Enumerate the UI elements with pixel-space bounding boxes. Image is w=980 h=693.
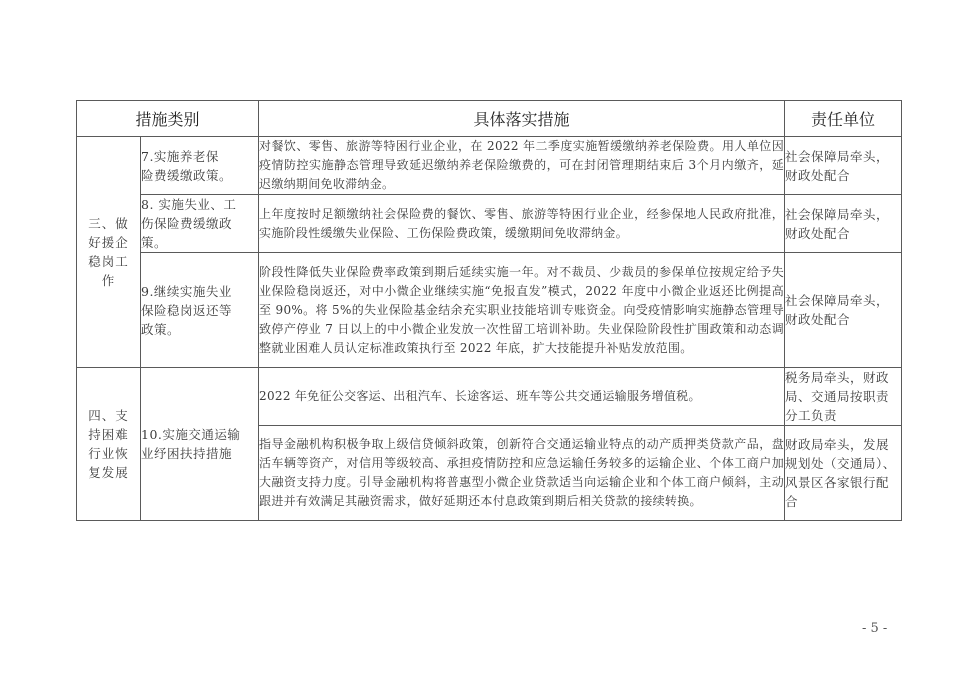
category-cell: 三、做 好援企 稳岗工 作 xyxy=(77,137,141,368)
category-line: 好援企 xyxy=(77,233,140,252)
measure-line: 9.继续实施失业 xyxy=(141,282,258,301)
responsible-unit-cell: 社会保障局牵头，财政处配合 xyxy=(785,137,902,195)
responsible-unit-cell: 社会保障局牵头，财政处配合 xyxy=(785,195,902,253)
measure-line: 7.实施养老保 xyxy=(141,147,258,166)
document-page: 措施类别 具体落实措施 责任单位 三、做 好援企 稳岗工 作 7.实施养老保 险… xyxy=(0,0,980,693)
detail-cell: 指导金融机构积极争取上级信贷倾斜政策，创新符合交通运输业特点的动产质押类贷款产品… xyxy=(259,426,785,521)
responsible-unit-cell: 社会保障局牵头，财政处配合 xyxy=(785,253,902,368)
responsible-unit-cell: 财政局牵头，发展规划处（交通局）、风景区各家银行配合 xyxy=(785,426,902,521)
table-header-row: 措施类别 具体落实措施 责任单位 xyxy=(77,101,902,137)
measure-line: 10.实施交通运输 xyxy=(141,425,258,444)
header-responsible-unit: 责任单位 xyxy=(785,101,902,137)
measure-line: 策。 xyxy=(141,233,258,252)
measure-line: 8. 实施失业、工 xyxy=(141,195,258,214)
category-line: 持困难 xyxy=(77,425,140,444)
measure-cell: 10.实施交通运输 业纾困扶持措施 xyxy=(141,368,259,521)
detail-cell: 上年度按时足额缴纳社会保险费的餐饮、零售、旅游等特困行业企业，经参保地人民政府批… xyxy=(259,195,785,253)
category-line: 稳岗工 xyxy=(77,252,140,271)
category-line: 三、做 xyxy=(77,214,140,233)
responsible-unit-cell: 税务局牵头，财政局、交通局按职责分工负责 xyxy=(785,368,902,426)
measure-line: 险费缓缴政策。 xyxy=(141,166,258,185)
table-row: 三、做 好援企 稳岗工 作 7.实施养老保 险费缓缴政策。 对餐饮、零售、旅游等… xyxy=(77,137,902,195)
measure-cell: 9.继续实施失业 保险稳岗返还等 政策。 xyxy=(141,253,259,368)
table-row: 9.继续实施失业 保险稳岗返还等 政策。 阶段性降低失业保险费率政策到期后延续实… xyxy=(77,253,902,368)
policy-measures-table: 措施类别 具体落实措施 责任单位 三、做 好援企 稳岗工 作 7.实施养老保 险… xyxy=(76,100,902,521)
category-line: 作 xyxy=(77,271,140,290)
measure-line: 业纾困扶持措施 xyxy=(141,444,258,463)
header-measure-category: 措施类别 xyxy=(77,101,259,137)
measure-line: 保险稳岗返还等 xyxy=(141,301,258,320)
measure-cell: 7.实施养老保 险费缓缴政策。 xyxy=(141,137,259,195)
page-number: - 5 - xyxy=(862,621,887,636)
table-row: 四、支 持困难 行业恢 复发展 10.实施交通运输 业纾困扶持措施 2022 年… xyxy=(77,368,902,426)
measure-cell: 8. 实施失业、工 伤保险费缓缴政 策。 xyxy=(141,195,259,253)
measure-line: 伤保险费缓缴政 xyxy=(141,214,258,233)
header-specific-measures: 具体落实措施 xyxy=(259,101,785,137)
table-row: 8. 实施失业、工 伤保险费缓缴政 策。 上年度按时足额缴纳社会保险费的餐饮、零… xyxy=(77,195,902,253)
category-cell: 四、支 持困难 行业恢 复发展 xyxy=(77,368,141,521)
measure-line: 政策。 xyxy=(141,320,258,339)
category-line: 复发展 xyxy=(77,463,140,482)
detail-cell: 对餐饮、零售、旅游等特困行业企业，在 2022 年二季度实施暂缓缴纳养老保险费。… xyxy=(259,137,785,195)
detail-cell: 2022 年免征公交客运、出租汽车、长途客运、班车等公共交通运输服务增值税。 xyxy=(259,368,785,426)
category-line: 四、支 xyxy=(77,406,140,425)
category-line: 行业恢 xyxy=(77,444,140,463)
detail-cell: 阶段性降低失业保险费率政策到期后延续实施一年。对不裁员、少裁员的参保单位按规定给… xyxy=(259,253,785,368)
